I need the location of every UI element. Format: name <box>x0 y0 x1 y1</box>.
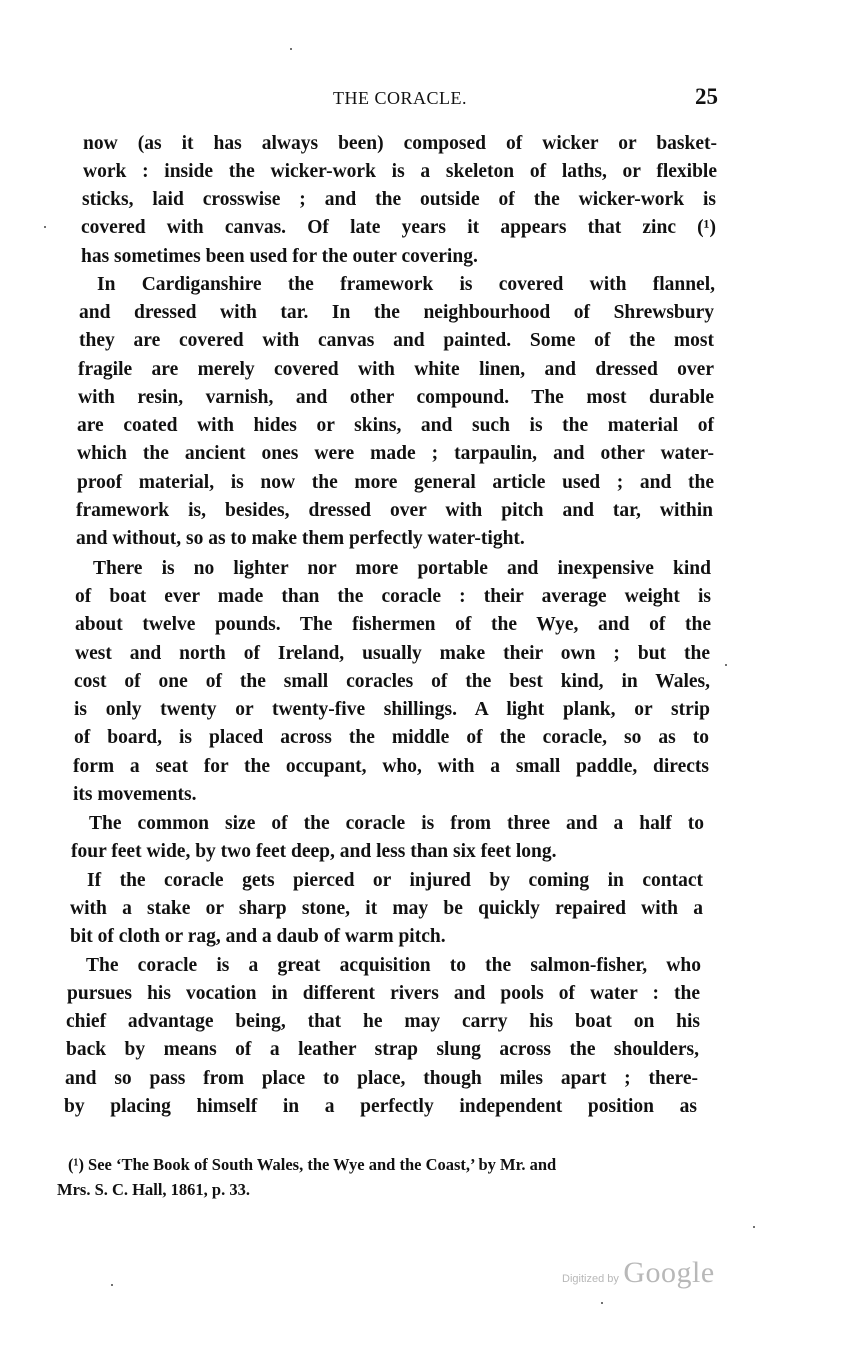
text-line: The common size of the coracle is from t… <box>89 810 704 838</box>
book-page: THE CORACLE. 25 now (as it has always be… <box>0 0 860 1353</box>
digitized-by-google-watermark: Digitized by Google <box>562 1256 715 1290</box>
text-line: back by means of a leather strap slung a… <box>66 1036 699 1064</box>
footnote-line: (¹) See ‘The Book of South Wales, the Wy… <box>68 1153 556 1177</box>
text-line: cost of one of the small coracles of the… <box>74 668 710 696</box>
footnote-line: Mrs. S. C. Hall, 1861, p. 33. <box>57 1178 250 1202</box>
text-line: sticks, laid crosswise ; and the outside… <box>82 186 716 214</box>
text-line: In Cardiganshire the framework is covere… <box>97 271 715 299</box>
text-line: its movements. <box>73 781 223 809</box>
text-line: chief advantage being, that he may carry… <box>66 1008 700 1036</box>
text-line: form a seat for the occupant, who, with … <box>73 753 709 781</box>
page-header: THE CORACLE. 25 <box>80 86 720 116</box>
text-line: bit of cloth or rag, and a daub of warm … <box>70 923 540 951</box>
text-line: they are covered with canvas and painted… <box>79 327 714 355</box>
page-number: 25 <box>695 84 718 110</box>
text-line: which the ancient ones were made ; tarpa… <box>77 440 714 468</box>
text-line: and dressed with tar. In the neighbourho… <box>79 299 714 327</box>
text-line: with a stake or sharp stone, it may be q… <box>70 895 703 923</box>
text-line: framework is, besides, dressed over with… <box>76 497 713 525</box>
scan-speck <box>753 1226 755 1228</box>
text-line: now (as it has always been) composed of … <box>83 130 717 158</box>
text-line: covered with canvas. Of late years it ap… <box>81 214 716 242</box>
scan-speck <box>44 226 46 228</box>
text-line: The coracle is a great acquisition to th… <box>86 952 701 980</box>
text-line: are coated with hides or skins, and such… <box>77 412 714 440</box>
text-line: by placing himself in a perfectly indepe… <box>64 1093 697 1121</box>
text-line: pursues his vocation in different rivers… <box>67 980 700 1008</box>
scan-speck <box>111 1284 113 1286</box>
scan-speck <box>290 48 292 50</box>
text-line: work : inside the wicker-work is a skele… <box>83 158 717 186</box>
text-line: proof material, is now the more general … <box>77 469 714 497</box>
scan-speck <box>725 664 727 666</box>
text-line: of board, is placed across the middle of… <box>74 724 709 752</box>
text-line: is only twenty or twenty-five shillings.… <box>74 696 710 724</box>
text-line: There is no lighter nor more portable an… <box>93 555 711 583</box>
running-title: THE CORACLE. <box>80 88 720 109</box>
text-line: has sometimes been used for the outer co… <box>81 243 581 271</box>
text-line: four feet wide, by two feet deep, and le… <box>71 838 681 866</box>
text-line: and so pass from place to place, though … <box>65 1065 698 1093</box>
text-line: with resin, varnish, and other compound.… <box>78 384 714 412</box>
text-line: fragile are merely covered with white li… <box>78 356 714 384</box>
text-line: about twelve pounds. The fishermen of th… <box>75 611 711 639</box>
text-line: If the coracle gets pierced or injured b… <box>87 867 703 895</box>
google-logo-text: Google <box>623 1256 714 1289</box>
watermark-prefix: Digitized by <box>562 1273 619 1285</box>
text-line: and without, so as to make them perfectl… <box>76 525 636 553</box>
text-line: west and north of Ireland, usually make … <box>75 640 710 668</box>
text-line: of boat ever made than the coracle : the… <box>75 583 711 611</box>
scan-speck <box>601 1302 603 1304</box>
